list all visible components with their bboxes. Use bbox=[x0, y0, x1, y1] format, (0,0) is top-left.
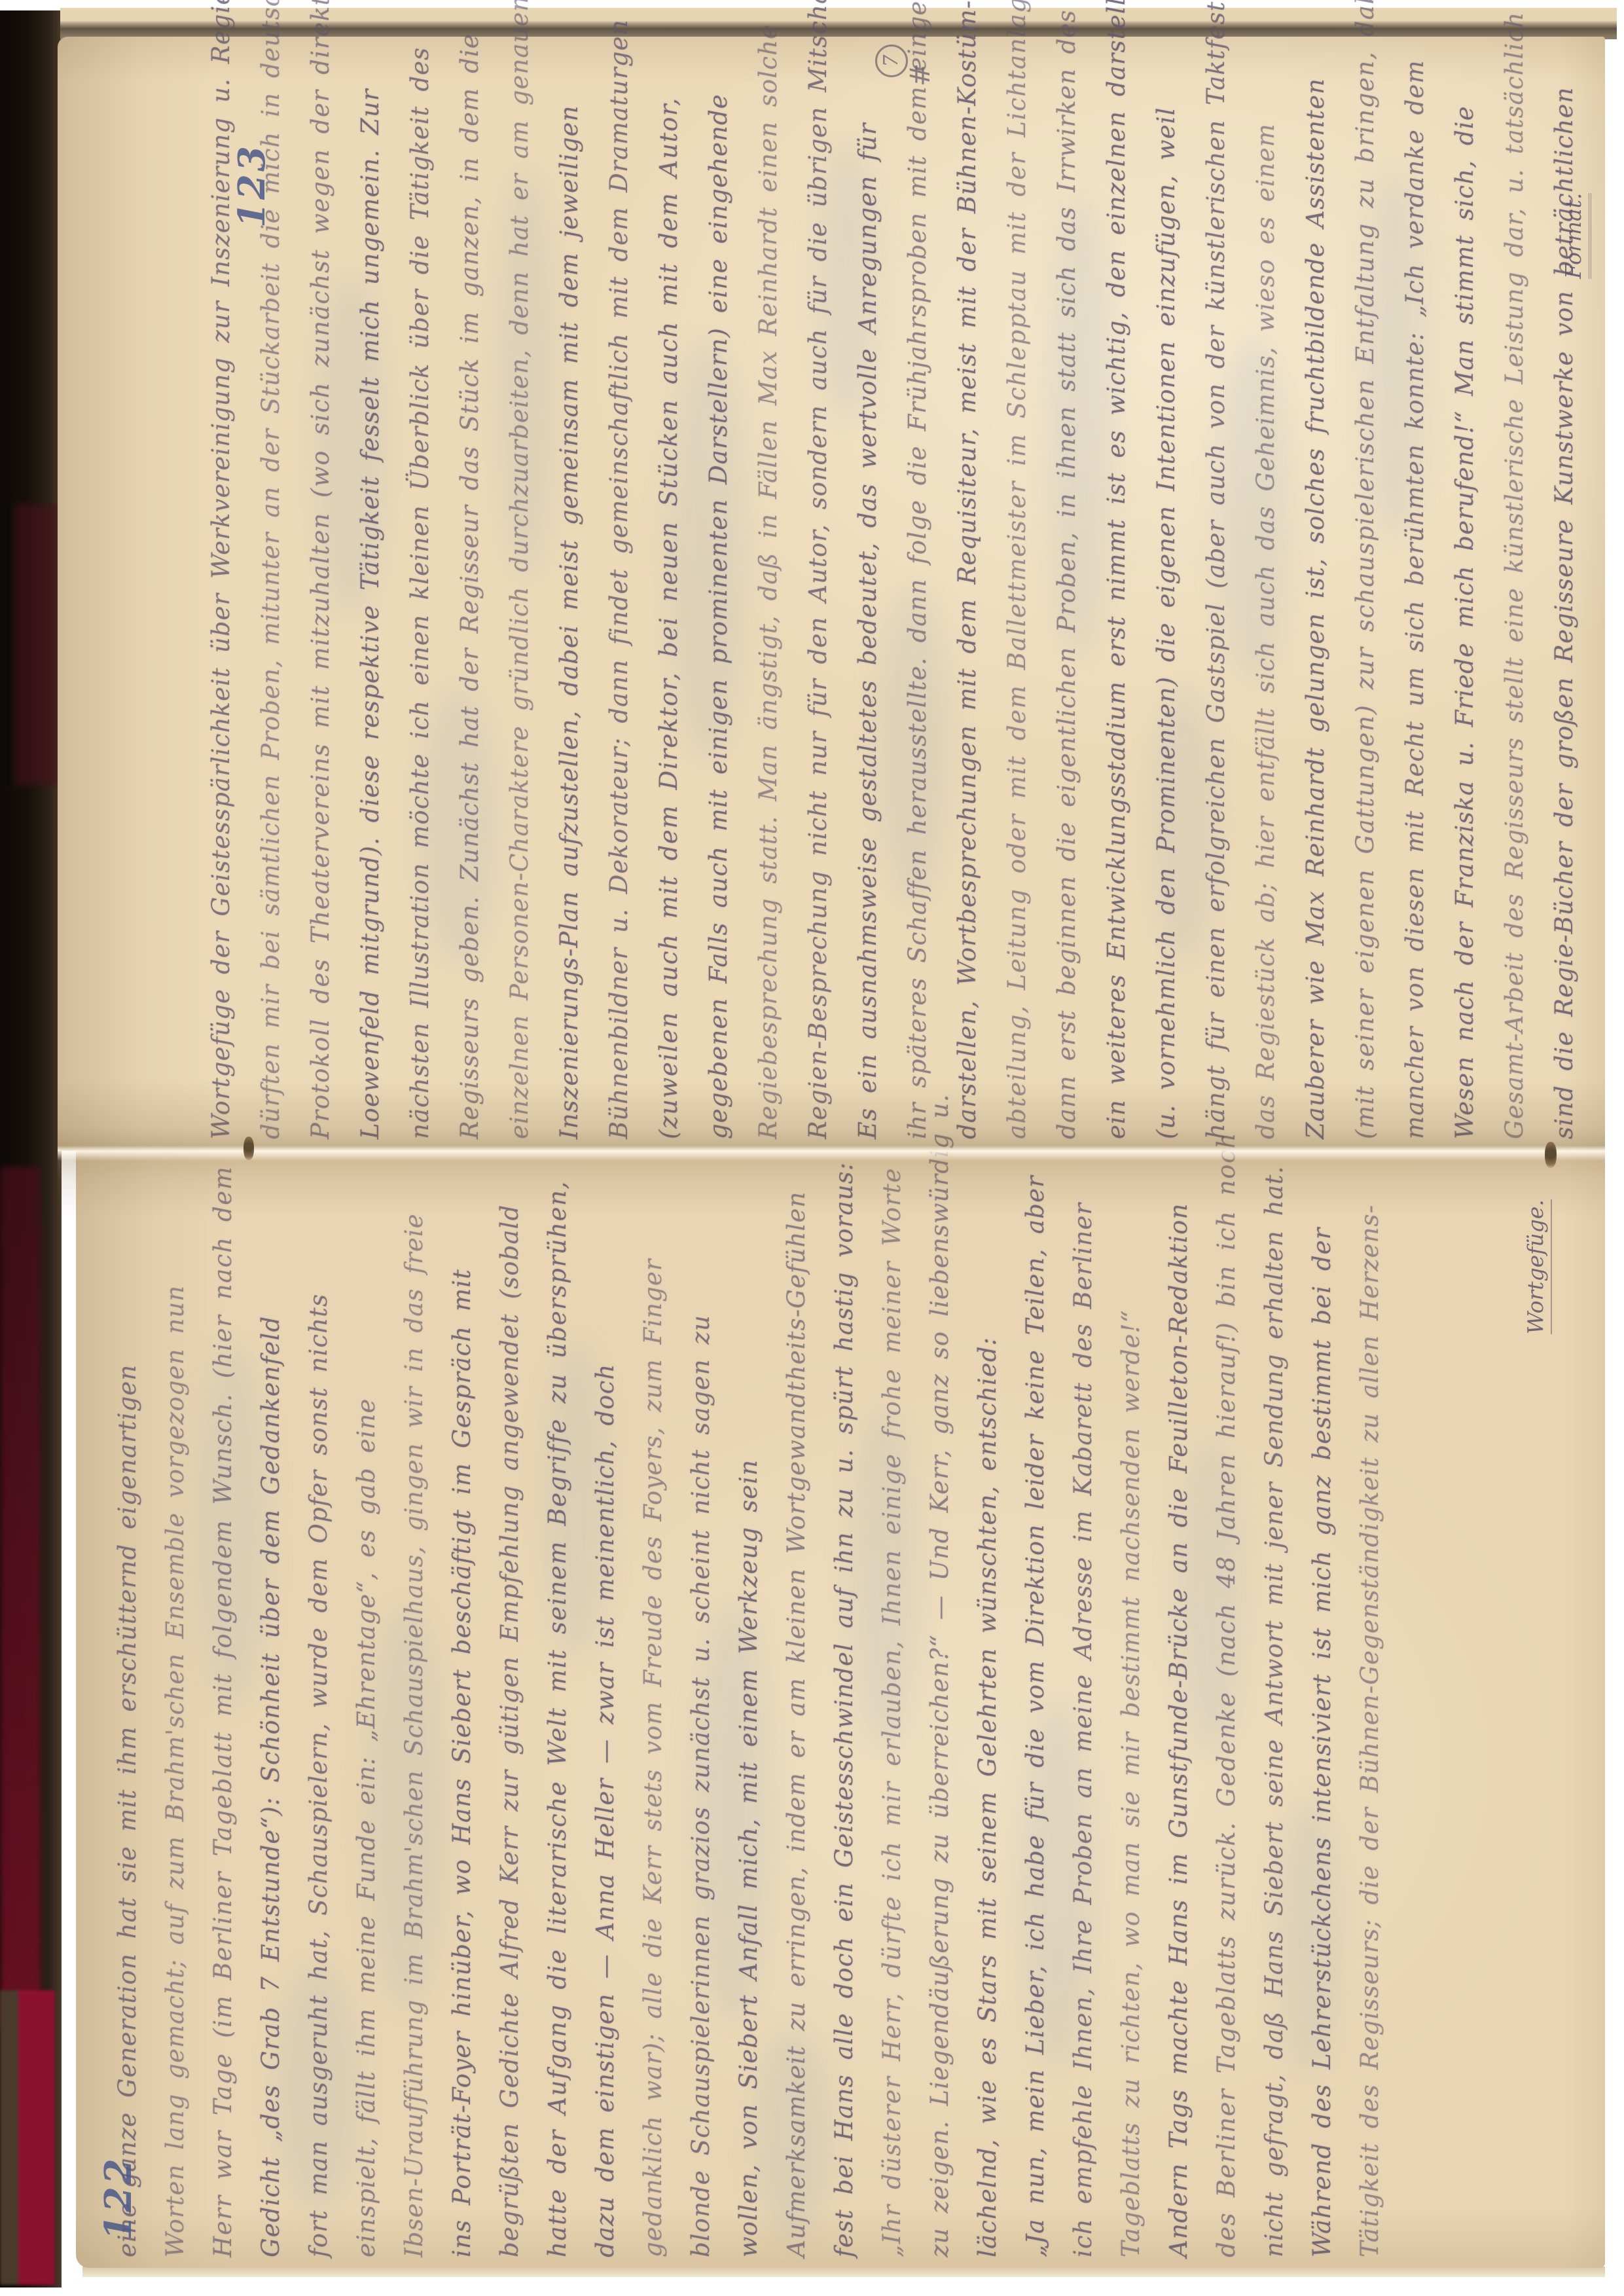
manuscript-line: lächelnd, wie es Stars mit seinem Gelehr… bbox=[964, 1177, 1011, 2257]
book-cover-edge bbox=[0, 1990, 55, 2285]
manuscript-line: ins Porträt-Foyer hinüber, wo Hans Siebe… bbox=[438, 1177, 486, 2257]
manuscript-line: ich empfehle Ihnen, Ihre Proben an meine… bbox=[1059, 1177, 1107, 2257]
manuscript-line: Aufmerksamkeit zu erringen, indem er am … bbox=[772, 1177, 820, 2257]
manuscript-line: Herr war Tage (im Berliner Tageblatt mit… bbox=[199, 1177, 247, 2257]
page-123-text: Wortgefüge der Geistesspärlichkeit über … bbox=[196, 60, 1592, 1139]
manuscript-line: nächsten Illustration möchte ich einen k… bbox=[395, 60, 445, 1139]
manuscript-line: das Regiestück ab; hier entfällt sich au… bbox=[1241, 60, 1291, 1139]
binding-stitch bbox=[244, 1137, 254, 1160]
manuscript-line: Regisseurs geben. Zunächst hat der Regis… bbox=[445, 60, 495, 1139]
manuscript-line: Ibsen-Uraufführung im Brahm'schen Schaus… bbox=[390, 1177, 438, 2257]
circled-number: 7 bbox=[875, 45, 908, 77]
manuscript-line: „Ihr düsterer Herr, dürfte ich mir erlau… bbox=[868, 1177, 916, 2257]
binding-stitch bbox=[1545, 1142, 1557, 1168]
manuscript-line: Worten lang gemacht; auf zum Brahm'schen… bbox=[151, 1177, 199, 2257]
manuscript-line: zu zeigen. Liegendäußerung zu überreiche… bbox=[916, 1177, 964, 2257]
catchword-label: Format. bbox=[1561, 193, 1591, 279]
manuscript-line: „Ja nun, mein Lieber, ich habe für die v… bbox=[1011, 1177, 1059, 2257]
manuscript-line: Während des Lehrerstückchens intensivier… bbox=[1298, 1177, 1346, 2257]
manuscript-line: fort man ausgeruht hat, Schauspielern, w… bbox=[295, 1177, 342, 2257]
page-122-text: eine ganze Generation hat sie mit ihm er… bbox=[103, 1177, 1394, 2257]
manuscript-line: (mit seiner eigenen Gattungen) zur schau… bbox=[1341, 60, 1390, 1139]
page-number-122: 122 bbox=[97, 2172, 149, 2240]
manuscript-line: Gesamt-Arbeit des Regisseurs stellt eine… bbox=[1490, 60, 1540, 1139]
center-fold bbox=[58, 1079, 1605, 1218]
page-number-label: 122 bbox=[97, 2156, 140, 2240]
page-block-edge bbox=[60, 8, 1617, 39]
manuscript-line: ein weiteres Entwicklungsstadium erst ni… bbox=[1092, 60, 1142, 1139]
cross-mark-glyph: # bbox=[904, 64, 936, 86]
cross-mark: # bbox=[905, 34, 935, 86]
manuscript-line: Gedicht „des Grab 7 Entstunde“): Schönhe… bbox=[247, 1177, 295, 2257]
manuscript-line: hatte der Aufgang die literarische Welt … bbox=[533, 1177, 581, 2257]
page-number-123: 123 bbox=[230, 162, 283, 228]
manuscript-line: Protokoll des Theatervereins mit mitzuha… bbox=[296, 60, 346, 1139]
manuscript-line: abteilung, Leitung oder mit dem Ballettm… bbox=[992, 60, 1042, 1139]
manuscript-line: Es ein ausnahmsweise gestaltetes bedeute… bbox=[843, 60, 893, 1139]
manuscript-line: Regien-Besprechung nicht nur für den Aut… bbox=[793, 60, 843, 1139]
manuscript-line: ihr späteres Schaffen herausstellte. dan… bbox=[893, 60, 943, 1139]
sheet-mark: 7 # bbox=[875, 34, 935, 86]
manuscript-line: Wesen nach der Franziska u. Friede mich … bbox=[1440, 60, 1490, 1139]
manuscript-line: darstellen, Wortbesprechungen mit dem Re… bbox=[943, 60, 992, 1139]
manuscript-line: nicht gefragt, daß Hans Siebert seine An… bbox=[1250, 1177, 1298, 2257]
manuscript-line: Bühnenbildner u. Dekorateur; dann findet… bbox=[594, 60, 644, 1139]
catchword-page-123: Format. bbox=[1561, 148, 1597, 279]
circled-number-mark: 7 bbox=[875, 34, 905, 86]
manuscript-line: eine ganze Generation hat sie mit ihm er… bbox=[103, 1177, 151, 2257]
manuscript-line: einspielt, fällt ihm meine Funde ein: „E… bbox=[342, 1177, 390, 2257]
manuscript-line: gegebenen Falls auch mit einigen promine… bbox=[694, 60, 744, 1139]
manuscript-line: Tageblatts zu richten, wo man sie mir be… bbox=[1107, 1177, 1155, 2257]
manuscript-line: Regiebesprechung statt. Man ängstigt, da… bbox=[744, 60, 793, 1139]
manuscript-line: fest bei Hans alle doch ein Geistesschwi… bbox=[820, 1177, 868, 2257]
manuscript-line: mancher von diesen mit Recht um sich ber… bbox=[1390, 60, 1440, 1139]
manuscript-line: (zuweilen auch mit dem Direktor, bei neu… bbox=[644, 60, 694, 1139]
page-block-edge bbox=[82, 2267, 1605, 2277]
book-cover-edge bbox=[14, 504, 60, 786]
manuscript-line: (u. vornehmlich den Prominenten) die eig… bbox=[1142, 60, 1191, 1139]
book-scan: Wortgefüge der Geistesspärlichkeit über … bbox=[0, 0, 1624, 2296]
manuscript-line: Tätigkeit des Regisseurs; die der Bühnen… bbox=[1346, 1177, 1394, 2257]
manuscript-line: dann erst beginnen die eigentlichen Prob… bbox=[1042, 60, 1092, 1139]
catchword-page-122: Wortgefüge. bbox=[1523, 1210, 1559, 1334]
book-cover-edge bbox=[0, 1167, 41, 2031]
manuscript-line: des Berliner Tageblatts zurück. Gedenke … bbox=[1202, 1177, 1250, 2257]
manuscript-line: Loewenfeld mitgrund). diese respektive T… bbox=[346, 60, 395, 1139]
manuscript-line: blonde Schauspielerinnen grazios zunächs… bbox=[677, 1177, 725, 2257]
manuscript-line: Inszenierungs-Plan aufzustellen, dabei m… bbox=[545, 60, 594, 1139]
manuscript-line: gedanklich war); alle die Kerr stets vom… bbox=[629, 1177, 677, 2257]
manuscript-line: Zauberer wie Max Reinhardt gelungen ist,… bbox=[1291, 60, 1341, 1139]
manuscript-line: wollen, von Siebert Anfall mich, mit ein… bbox=[725, 1177, 772, 2257]
manuscript-line: begrüßten Gedichte Alfred Kerr zur gütig… bbox=[486, 1177, 533, 2257]
manuscript-line: hängt für einen erfolgreichen Gastspiel … bbox=[1191, 60, 1241, 1139]
manuscript-line: dazu dem einstigen — Anna Heller — zwar … bbox=[581, 1177, 629, 2257]
catchword-label: Wortgefüge. bbox=[1523, 1199, 1552, 1334]
manuscript-line: Andern Tags machte Hans im Gunstfunde-Br… bbox=[1155, 1177, 1202, 2257]
manuscript-line: einzelnen Personen-Charaktere gründlich … bbox=[495, 60, 545, 1139]
page-number-label: 123 bbox=[230, 143, 274, 228]
